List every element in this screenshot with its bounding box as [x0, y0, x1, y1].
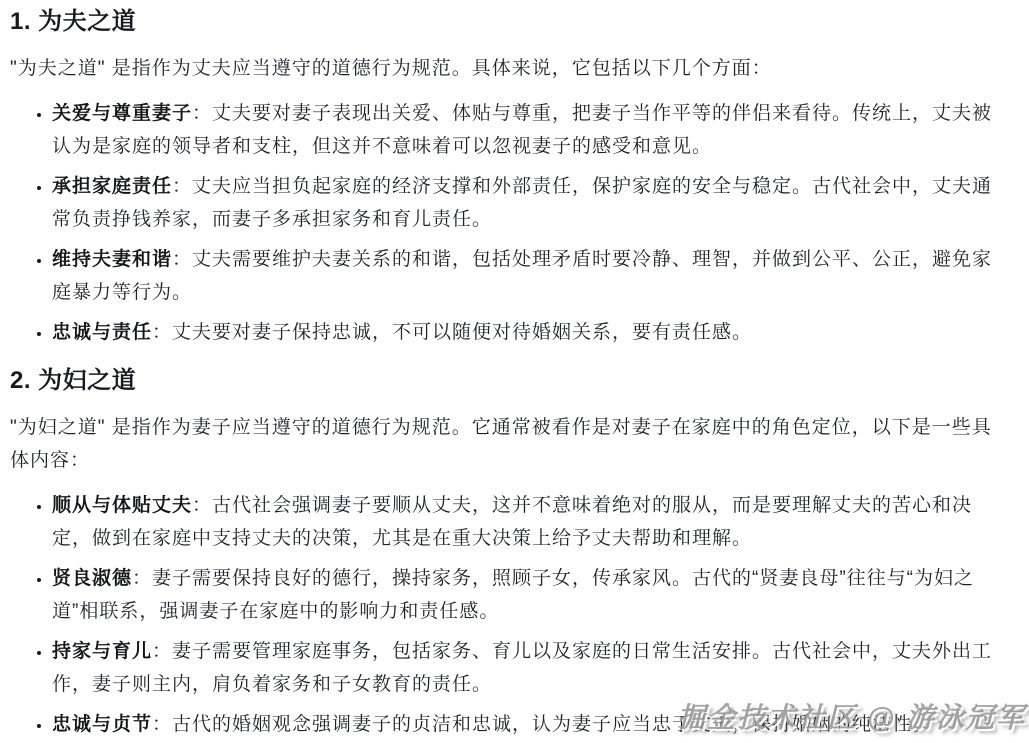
item-desc: ：妻子需要保持良好的德行，操持家务，照顾子女，传承家风。古代的“贤妻良母”往往与… [52, 568, 974, 622]
item-desc: ：丈夫要对妻子保持忠诚，不可以随便对待婚姻关系，要有责任感。 [152, 322, 752, 343]
section-heading-husband: 1. 为夫之道 [10, 6, 1009, 38]
section-heading-wife: 2. 为妇之道 [10, 365, 1009, 397]
item-term: 承担家庭责任 [52, 176, 172, 197]
wife-duties-list: 顺从与体贴丈夫：古代社会强调妻子要顺从丈夫，这并不意味着绝对的服从，而是要理解丈… [10, 489, 1009, 741]
item-desc: ：妻子需要管理家庭事务，包括家务、育儿以及家庭的日常生活安排。古代社会中，丈夫外… [52, 641, 992, 695]
list-item: 顺从与体贴丈夫：古代社会强调妻子要顺从丈夫，这并不意味着绝对的服从，而是要理解丈… [52, 489, 1009, 555]
item-term: 顺从与体贴丈夫 [52, 495, 192, 516]
item-desc: ：古代的婚姻观念强调妻子的贞洁和忠诚，认为妻子应当忠于丈夫，保持婚姻的纯洁性。 [152, 714, 932, 735]
list-item: 维持夫妻和谐：丈夫需要维护夫妻关系的和谐，包括处理矛盾时要冷静、理智，并做到公平… [52, 243, 1009, 309]
list-item: 贤良淑德：妻子需要保持良好的德行，操持家务，照顾子女，传承家风。古代的“贤妻良母… [52, 562, 1009, 628]
list-item: 忠诚与责任：丈夫要对妻子保持忠诚，不可以随便对待婚姻关系，要有责任感。 [52, 316, 1009, 349]
item-term: 忠诚与贞节 [52, 714, 152, 735]
section-intro-wife: "为妇之道" 是指作为妻子应当遵守的道德行为规范。它通常被看作是对妻子在家庭中的… [10, 411, 1009, 477]
item-term: 贤良淑德 [52, 568, 132, 589]
list-item: 关爱与尊重妻子：丈夫要对妻子表现出关爱、体贴与尊重，把妻子当作平等的伴侣来看待。… [52, 97, 1009, 163]
article-content: 1. 为夫之道 "为夫之道" 是指作为丈夫应当遵守的道德行为规范。具体来说，它包… [0, 0, 1029, 741]
item-term: 关爱与尊重妻子 [52, 103, 192, 124]
list-item: 承担家庭责任：丈夫应当担负起家庭的经济支撑和外部责任，保护家庭的安全与稳定。古代… [52, 170, 1009, 236]
list-item: 持家与育儿：妻子需要管理家庭事务，包括家务、育儿以及家庭的日常生活安排。古代社会… [52, 635, 1009, 701]
item-desc: ：丈夫应当担负起家庭的经济支撑和外部责任，保护家庭的安全与稳定。古代社会中，丈夫… [52, 176, 992, 230]
item-term: 忠诚与责任 [52, 322, 152, 343]
section-intro-husband: "为夫之道" 是指作为丈夫应当遵守的道德行为规范。具体来说，它包括以下几个方面： [10, 52, 1009, 85]
item-desc: ：丈夫需要维护夫妻关系的和谐，包括处理矛盾时要冷静、理智，并做到公平、公正，避免… [52, 249, 992, 303]
item-desc: ：丈夫要对妻子表现出关爱、体贴与尊重，把妻子当作平等的伴侣来看待。传统上，丈夫被… [52, 103, 992, 157]
item-term: 维持夫妻和谐 [52, 249, 172, 270]
item-term: 持家与育儿 [52, 641, 152, 662]
husband-duties-list: 关爱与尊重妻子：丈夫要对妻子表现出关爱、体贴与尊重，把妻子当作平等的伴侣来看待。… [10, 97, 1009, 349]
list-item: 忠诚与贞节：古代的婚姻观念强调妻子的贞洁和忠诚，认为妻子应当忠于丈夫，保持婚姻的… [52, 708, 1009, 741]
